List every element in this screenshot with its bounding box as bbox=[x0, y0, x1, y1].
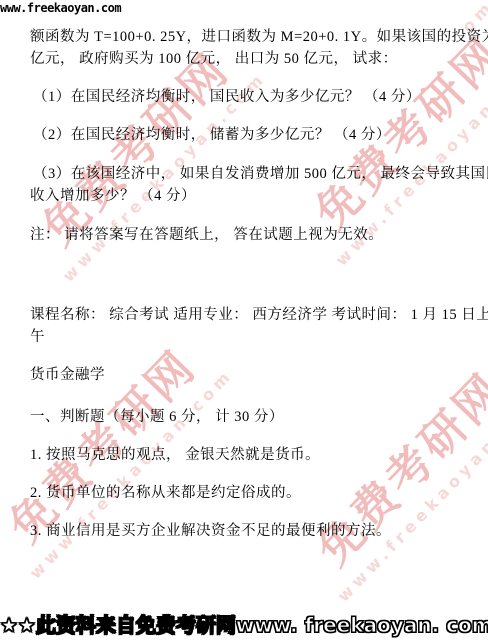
footer-credit-line: ★★此资料来自免费考研网www. freekaoyan. com热心网友提供★★ bbox=[0, 609, 488, 638]
text-line-item-3: 3. 商业信用是买方企业解决资金不足的最便利的方法。 bbox=[30, 520, 391, 542]
watermark-small-text: www.freekaoyan.com bbox=[301, 354, 488, 640]
text-line-item-2: 2. 货币单位的名称从来都是约定俗成的。 bbox=[30, 482, 301, 504]
text-line-course-info-cont: 午 bbox=[30, 326, 45, 348]
text-line-equation: 额函数为 T=100+0. 25Y，进口函数为 M=20+0. 1Y。如果该国的… bbox=[30, 26, 488, 48]
text-line-question-2: （2）在国民经济均衡时， 储蓄为多少亿元？ （4 分） bbox=[33, 124, 391, 146]
text-line-question-1: （1）在国民经济均衡时， 国民收入为多少亿元？ （4 分） bbox=[33, 86, 421, 108]
site-logo: www.freekaoyan.com bbox=[0, 1, 121, 15]
text-line-subject-title: 货币金融学 bbox=[30, 364, 105, 386]
text-line-equation-cont: 亿元， 政府购买为 100 亿元， 出口为 50 亿元， 试求： bbox=[30, 48, 398, 70]
text-line-question-3-cont: 收入增加多少？ （4 分） bbox=[30, 185, 196, 207]
text-line-section-title: 一、判断题（每小题 6 分， 计 30 分） bbox=[30, 406, 284, 428]
text-line-course-info: 课程名称： 综合考试 适用专业： 西方经济学 考试时间： 1 月 15 日上 bbox=[30, 304, 488, 326]
text-line-note: 注： 请将答案写在答题纸上， 答在试题上视为无效。 bbox=[30, 224, 383, 246]
watermark-big-text: 免费考研网 bbox=[262, 316, 488, 622]
text-line-item-1: 1. 按照马克思的观点， 金银天然就是货币。 bbox=[30, 444, 320, 466]
watermark-tile: 免费考研网 www.freekaoyan.com bbox=[262, 316, 488, 640]
text-line-question-3: （3）在该国经济中， 如果自发消费增加 500 亿元， 最终会导致其国民 bbox=[33, 163, 488, 185]
exam-document-page: 免费考研网 www.freekaoyan.com 免费考研网 www.freek… bbox=[0, 0, 488, 640]
